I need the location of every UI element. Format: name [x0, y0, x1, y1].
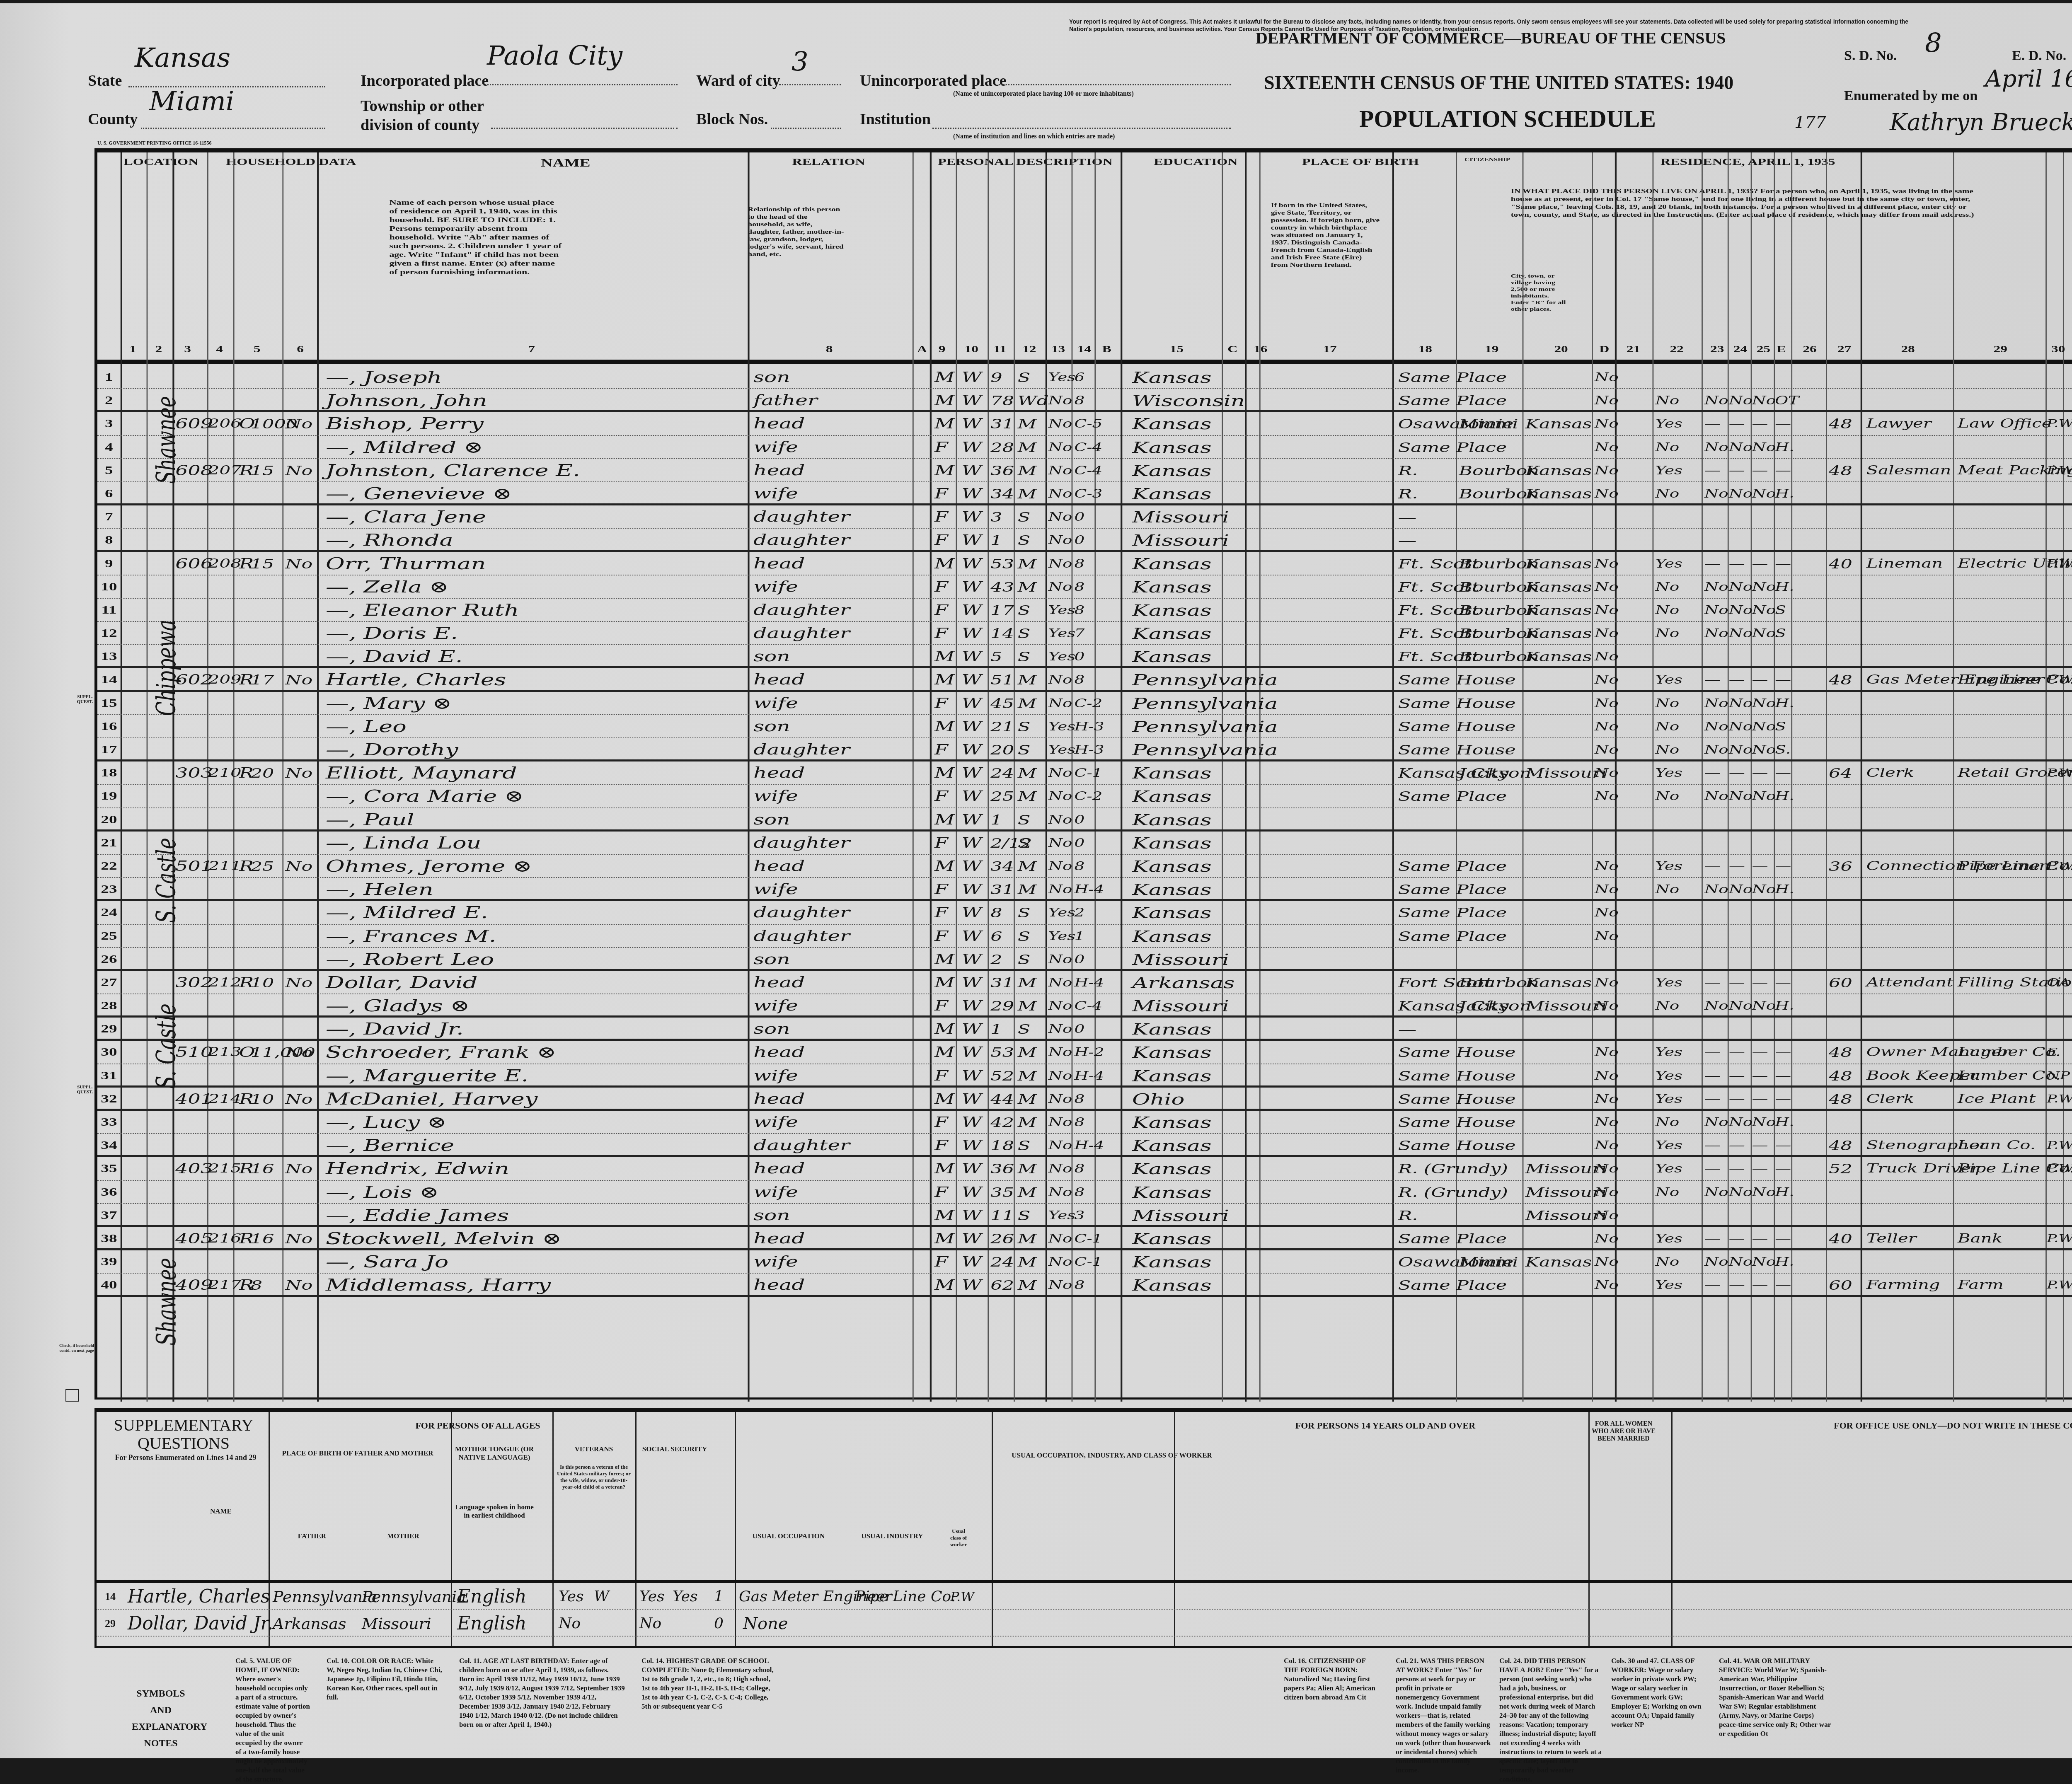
county-underline	[141, 128, 325, 129]
school-attendance: No	[1048, 1274, 1072, 1295]
had-job: No	[1752, 575, 1776, 598]
age: 53	[990, 552, 1014, 575]
residence-city: —	[1398, 1018, 1417, 1039]
marital-status: Wd	[1018, 389, 1048, 410]
table-row: 36 —, Lois ⊗ wife F W 35 M No 8 Kansas R…	[97, 1181, 2072, 1204]
note-col5: Col. 5. VALUE OF HOME, IF OWNED: Where o…	[235, 1656, 310, 1762]
class-of-worker: P.W	[2047, 459, 2072, 481]
col-num: 10	[964, 344, 978, 355]
printing-office: U. S. GOVERNMENT PRINTING OFFICE 16-1155…	[97, 140, 211, 146]
seeking-work: —	[1729, 1134, 1745, 1155]
race: W	[962, 1274, 982, 1295]
age: 1	[990, 808, 1002, 829]
age: 44	[990, 1088, 1014, 1109]
table-row: 15 —, Mary ⊗ wife F W 45 M No C-2 Pennsy…	[97, 692, 2072, 715]
age: 18	[990, 1134, 1014, 1155]
line-number: 1	[97, 366, 121, 388]
age: 45	[990, 692, 1014, 714]
sex: M	[934, 389, 955, 410]
note-col24: Col. 24. DID THIS PERSON HAVE A JOB? Ent…	[1499, 1656, 1603, 1762]
school-attendance: Yes	[1048, 715, 1076, 737]
marital-status: M	[1018, 971, 1037, 994]
relation-instructions: Relationship of this person to the head …	[748, 206, 846, 259]
note-col41: Col. 41. WAR OR MILITARY SERVICE: World …	[1719, 1656, 1831, 1738]
residence-city: Same House	[1398, 1111, 1516, 1133]
age: 42	[990, 1111, 1014, 1133]
relation: son	[753, 948, 790, 969]
seeking-work: No	[1729, 692, 1753, 714]
line-number: 31	[97, 1064, 121, 1085]
block-label: Block Nos.	[696, 110, 768, 128]
age: 2	[990, 948, 1002, 969]
at-work: Yes	[1656, 412, 1683, 435]
residence-farm: No	[1595, 622, 1619, 644]
residence-state: Kansas	[1525, 412, 1592, 435]
public-emergency-work: No	[1704, 599, 1728, 621]
relation: head	[753, 1227, 805, 1248]
supp-group-women: FOR ALL WOMEN WHO ARE OR HAVE BEEN MARRI…	[1590, 1420, 1657, 1443]
household-number: 215	[208, 1157, 242, 1180]
marital-status: M	[1018, 482, 1037, 503]
age: 31	[990, 878, 1014, 899]
marital-status: M	[1018, 1250, 1037, 1273]
on-farm: No	[285, 1274, 312, 1295]
person-name: —, Joseph	[326, 366, 442, 388]
relation: wife	[753, 1250, 798, 1273]
race: W	[962, 459, 982, 481]
at-work: Yes	[1656, 552, 1683, 575]
table-row: 30 510 213 O 11,000 No Schroeder, Frank …	[97, 1041, 2072, 1064]
race: W	[962, 692, 982, 714]
line-number: 20	[97, 808, 121, 829]
residence-city: Same House	[1398, 1088, 1516, 1109]
school-attendance: Yes	[1048, 925, 1076, 947]
highest-grade: 6	[1075, 366, 1085, 388]
race: W	[962, 482, 982, 503]
line-number: 2	[97, 389, 121, 410]
had-job: No	[1752, 1111, 1776, 1133]
age: 20	[990, 738, 1014, 759]
supp-subtitle: For Persons Enumerated on Lines 14 and 2…	[105, 1453, 266, 1462]
birthplace: Kansas	[1132, 599, 1211, 621]
residence-farm: No	[1595, 994, 1619, 1015]
person-name: Bishop, Perry	[326, 412, 484, 435]
hours-worked: 48	[1829, 1088, 1852, 1109]
highest-grade: 8	[1075, 1157, 1085, 1180]
household-number: 209	[208, 668, 242, 689]
highest-grade: 8	[1075, 599, 1085, 621]
hours-worked: 48	[1829, 459, 1852, 481]
had-job: —	[1752, 1134, 1768, 1155]
relation: wife	[753, 994, 798, 1015]
supp-war: W	[594, 1584, 609, 1610]
school-attendance: No	[1048, 668, 1072, 689]
ed-label: E. D. No.	[2012, 48, 2066, 64]
col-num: C	[1227, 344, 1237, 355]
note-col10: Col. 10. COLOR OR RACE: White W, Negro N…	[327, 1656, 443, 1702]
enumerator-number: 177	[1794, 113, 1826, 132]
col-num: 29	[1994, 344, 2007, 355]
line-number: 26	[97, 948, 121, 969]
on-farm: No	[285, 1041, 312, 1063]
supp-mother-tongue: English	[457, 1584, 527, 1610]
residence-farm: No	[1595, 1088, 1619, 1109]
sex: M	[934, 1227, 955, 1248]
supp-usual-industry: Pipe Line Co.	[855, 1584, 956, 1610]
col-num: 16	[1254, 344, 1267, 355]
highest-grade: H-4	[1075, 1134, 1104, 1155]
marital-status: M	[1018, 1274, 1037, 1295]
supp-father-birthplace: Arkansas	[273, 1611, 346, 1637]
person-name: —, Helen	[326, 878, 433, 899]
col-num: 19	[1485, 344, 1498, 355]
supp-row: 29 Dollar, David Jr. Arkansas Missouri E…	[97, 1611, 2072, 1637]
highest-grade: H-4	[1075, 971, 1104, 994]
birthplace: Kansas	[1132, 785, 1211, 807]
class-of-worker: OA	[2047, 971, 2070, 994]
activity-code: S.	[1775, 738, 1791, 759]
col-num: 20	[1554, 344, 1568, 355]
note-col11: Col. 11. AGE AT LAST BIRTHDAY: Enter age…	[459, 1656, 625, 1729]
birthplace: Missouri	[1132, 529, 1229, 550]
had-job: —	[1752, 412, 1768, 435]
hours-worked: 48	[1829, 1064, 1852, 1085]
marital-status: S	[1018, 715, 1031, 737]
at-work: No	[1656, 1181, 1680, 1203]
line-number: 24	[97, 901, 121, 923]
age: 36	[990, 459, 1014, 481]
public-emergency-work: No	[1704, 436, 1728, 458]
col-num: 12	[1022, 344, 1036, 355]
sex: F	[934, 1181, 948, 1203]
sex: M	[934, 948, 955, 969]
col-num: 4	[216, 344, 223, 355]
public-emergency-work: —	[1704, 1064, 1721, 1085]
marital-status: S	[1018, 622, 1031, 644]
public-emergency-work: No	[1704, 738, 1728, 759]
class-of-worker: NP	[2047, 1064, 2070, 1085]
race: W	[962, 761, 982, 784]
public-emergency-work: No	[1704, 622, 1728, 644]
race: W	[962, 552, 982, 575]
race: W	[962, 1181, 982, 1203]
unincorporated-underline	[999, 84, 1231, 85]
note-col16: Col. 16. CITIZENSHIP OF THE FOREIGN BORN…	[1284, 1656, 1379, 1702]
census-title: SIXTEENTH CENSUS OF THE UNITED STATES: 1…	[1264, 72, 1733, 94]
marital-status: M	[1018, 761, 1037, 784]
school-attendance: No	[1048, 878, 1072, 899]
school-attendance: No	[1048, 1227, 1072, 1248]
race: W	[962, 1064, 982, 1085]
table-row: 19 —, Cora Marie ⊗ wife F W 25 M No C-2 …	[97, 785, 2072, 808]
sex: M	[934, 1157, 955, 1180]
line-number: 9	[97, 552, 121, 575]
symbols-title: SYMBOLS AND EXPLANATORY NOTES	[132, 1685, 190, 1752]
residence-city: R.	[1398, 459, 1418, 481]
col-num: 5	[254, 344, 261, 355]
activity-code: H.	[1775, 692, 1794, 714]
birthplace: Kansas	[1132, 1064, 1211, 1085]
supp-line-no: 29	[105, 1611, 116, 1637]
birthplace: Missouri	[1132, 1204, 1229, 1225]
residence-city: Same Place	[1398, 1227, 1507, 1248]
relation: son	[753, 715, 790, 737]
public-emergency-work: No	[1704, 1181, 1728, 1203]
supp-name: Hartle, Charles	[128, 1584, 270, 1610]
age: 14	[990, 622, 1014, 644]
at-work: Yes	[1656, 1088, 1683, 1109]
table-body: 1 —, Joseph son M W 9 S Yes 6 Kansas Sam…	[97, 366, 2072, 1297]
residence-city: Same Place	[1398, 785, 1507, 807]
occupation: Teller	[1866, 1227, 1917, 1248]
age: 25	[990, 785, 1014, 807]
person-name: Elliott, Maynard	[326, 761, 517, 784]
birthplace: Kansas	[1132, 366, 1211, 388]
person-name: Ohmes, Jerome ⊗	[326, 855, 532, 877]
continued-checkbox[interactable]	[65, 1389, 79, 1402]
public-emergency-work: —	[1704, 668, 1721, 689]
incorporated-place-label: Incorporated place	[361, 72, 489, 90]
sex: F	[934, 599, 948, 621]
sex: F	[934, 1250, 948, 1273]
line-number: 38	[97, 1227, 121, 1248]
sex: F	[934, 505, 948, 528]
activity-code: H.	[1775, 1111, 1794, 1133]
table-row: 12 —, Doris E. daughter F W 14 S Yes 7 K…	[97, 622, 2072, 645]
person-name: —, Frances M.	[326, 925, 496, 947]
person-name: Stockwell, Melvin ⊗	[326, 1227, 562, 1248]
highest-grade: 8	[1075, 1111, 1085, 1133]
line-number: 36	[97, 1181, 121, 1203]
header-rule	[97, 360, 2072, 364]
public-emergency-work: —	[1704, 1157, 1721, 1180]
race: W	[962, 412, 982, 435]
census-sheet: 16-222 A Your report is required by Act …	[0, 3, 2072, 1758]
hours-worked: 48	[1829, 412, 1852, 435]
school-attendance: No	[1048, 389, 1072, 410]
had-job: No	[1752, 482, 1776, 503]
seeking-work: —	[1729, 855, 1745, 877]
table-row: 13 —, David E. son M W 5 S Yes 0 Kansas …	[97, 645, 2072, 668]
class-of-worker: P.W	[2047, 412, 2072, 435]
sex: M	[934, 971, 955, 994]
highest-grade: 8	[1075, 1181, 1085, 1203]
line-number: 33	[97, 1111, 121, 1133]
marital-status: S	[1018, 645, 1031, 666]
residence-state: Kansas	[1525, 459, 1592, 481]
home-value: 15	[251, 459, 274, 481]
table-row: 37 —, Eddie James son M W 11 S Yes 3 Mis…	[97, 1204, 2072, 1227]
residence-farm: No	[1595, 389, 1619, 410]
col-num: A	[917, 344, 927, 355]
sex: F	[934, 994, 948, 1015]
residence-farm: No	[1595, 715, 1619, 737]
supp-veterans-head: VETERANS	[557, 1445, 631, 1453]
group-personal: PERSONAL DESCRIPTION	[924, 157, 1126, 168]
on-farm: No	[285, 1088, 312, 1109]
supp-col-name: NAME	[179, 1507, 262, 1516]
residence-city: R.	[1398, 482, 1418, 503]
sd-value: 8	[1925, 28, 1942, 59]
col-num: 13	[1051, 344, 1065, 355]
table-row: 27 302 212 R 10 No Dollar, David head M …	[97, 971, 2072, 994]
school-attendance: No	[1048, 692, 1072, 714]
supp-ss-number: Yes	[639, 1584, 664, 1610]
had-job: —	[1752, 1064, 1768, 1085]
age: 24	[990, 1250, 1014, 1273]
had-job: —	[1752, 459, 1768, 481]
public-emergency-work: No	[1704, 575, 1728, 598]
sex: F	[934, 832, 948, 854]
industry: Lumber Co.	[1958, 1041, 2061, 1063]
schedule-title: POPULATION SCHEDULE	[1359, 105, 1656, 133]
relation: daughter	[753, 832, 850, 854]
table-row: 5 608 207 R 15 No Johnston, Clarence E. …	[97, 459, 2072, 482]
highest-grade: 8	[1075, 575, 1085, 598]
home-value: 16	[251, 1157, 274, 1180]
at-work: No	[1656, 738, 1680, 759]
residence-county: Jackson	[1459, 994, 1531, 1015]
marital-status: M	[1018, 575, 1037, 598]
race: W	[962, 1134, 982, 1155]
supp-group-14-over: FOR PERSONS 14 YEARS OLD AND OVER	[1195, 1420, 1576, 1431]
person-name: Johnston, Clarence E.	[326, 459, 580, 481]
sex: M	[934, 459, 955, 481]
age: 9	[990, 366, 1002, 388]
seeking-work: No	[1729, 389, 1753, 410]
age: 62	[990, 1274, 1014, 1295]
house-number: 303	[175, 761, 213, 784]
line-number: 6	[97, 482, 121, 503]
birthplace: Kansas	[1132, 412, 1211, 435]
col-num: 23	[1710, 344, 1724, 355]
highest-grade: 2	[1075, 901, 1085, 923]
table-row: 18 303 210 R 20 No Elliott, Maynard head…	[97, 761, 2072, 785]
household-number: 213	[208, 1041, 242, 1063]
table-row: 39 —, Sara Jo wife F W 24 M No C-1 Kansa…	[97, 1250, 2072, 1274]
school-attendance: No	[1048, 761, 1072, 784]
public-emergency-work: No	[1704, 482, 1728, 503]
highest-grade: 8	[1075, 668, 1085, 689]
person-name: —, Mildred ⊗	[326, 436, 483, 458]
at-work: Yes	[1656, 1064, 1683, 1085]
col-num: 21	[1627, 344, 1640, 355]
residence-farm: No	[1595, 482, 1619, 503]
line-number: 25	[97, 925, 121, 947]
school-attendance: No	[1048, 412, 1072, 435]
household-number: 211	[208, 855, 242, 877]
block-underline	[771, 128, 841, 129]
residence-farm: No	[1595, 1134, 1619, 1155]
public-emergency-work: No	[1704, 692, 1728, 714]
school-attendance: Yes	[1048, 901, 1076, 923]
street-label: S. Castle	[150, 815, 182, 923]
household-number: 206	[208, 412, 242, 435]
residence-city: Same House	[1398, 1134, 1516, 1155]
school-attendance: Yes	[1048, 599, 1076, 621]
relation: daughter	[753, 901, 850, 923]
person-name: McDaniel, Harvey	[326, 1088, 537, 1109]
seeking-work: —	[1729, 1227, 1745, 1248]
residence-city: Same Place	[1398, 436, 1507, 458]
supp-usual-class: P.W	[950, 1584, 974, 1610]
relation: wife	[753, 1064, 798, 1085]
school-attendance: No	[1048, 855, 1072, 877]
hours-worked: 48	[1829, 1134, 1852, 1155]
highest-grade: H-3	[1075, 738, 1104, 759]
school-attendance: No	[1048, 529, 1072, 550]
residence-city: Same House	[1398, 692, 1516, 714]
had-job: No	[1752, 738, 1776, 759]
had-job: —	[1752, 1157, 1768, 1180]
line-number: 23	[97, 878, 121, 899]
marital-status: S	[1018, 366, 1031, 388]
person-name: —, Rhonda	[326, 529, 453, 550]
person-name: —, Paul	[326, 808, 414, 829]
residence-county: Miami	[1459, 412, 1518, 435]
seeking-work: —	[1729, 412, 1745, 435]
race: W	[962, 575, 982, 598]
industry: Loan Co.	[1958, 1134, 2036, 1155]
sex: M	[934, 715, 955, 737]
relation: head	[753, 412, 805, 435]
table-row: 26 —, Robert Leo son M W 2 S No 0 Missou…	[97, 948, 2072, 971]
school-attendance: No	[1048, 436, 1072, 458]
residence-farm: No	[1595, 785, 1619, 807]
on-farm: No	[285, 412, 312, 435]
supp-usual-occupation: None	[743, 1611, 788, 1637]
seeking-work: No	[1729, 482, 1753, 503]
person-name: —, Zella ⊗	[326, 575, 449, 598]
school-attendance: No	[1048, 459, 1072, 481]
seeking-work: —	[1729, 971, 1745, 994]
residence-farm: No	[1595, 412, 1619, 435]
relation: daughter	[753, 599, 850, 621]
relation: wife	[753, 1181, 798, 1203]
seeking-work: —	[1729, 668, 1745, 689]
marital-status: M	[1018, 1157, 1037, 1180]
had-job: No	[1752, 436, 1776, 458]
line-number: 37	[97, 1204, 121, 1225]
household-number: 217	[208, 1274, 242, 1295]
hours-worked: 60	[1829, 1274, 1852, 1295]
enumerated-label: Enumerated by me on	[1844, 88, 1978, 104]
race: W	[962, 808, 982, 829]
had-job: —	[1752, 971, 1768, 994]
industry: Lumber Co.	[1958, 1064, 2061, 1085]
race: W	[962, 599, 982, 621]
household-number: 216	[208, 1227, 242, 1248]
highest-grade: 8	[1075, 1274, 1085, 1295]
at-work: Yes	[1656, 459, 1683, 481]
highest-grade: H-3	[1075, 715, 1104, 737]
person-name: —, Genevieve ⊗	[326, 482, 512, 503]
marital-status: M	[1018, 994, 1037, 1015]
highest-grade: C-2	[1075, 785, 1103, 807]
group-residence: RESIDENCE, APRIL 1, 1935	[1508, 157, 1988, 168]
sex: F	[934, 1111, 948, 1133]
sex: F	[934, 622, 948, 644]
marital-status: M	[1018, 878, 1037, 899]
residence-farm: No	[1595, 1041, 1619, 1063]
table-row: 9 606 208 R 15 No Orr, Thurman head M W …	[97, 552, 2072, 575]
street-label: Shawnee	[150, 1213, 182, 1346]
class-of-worker: P.W	[2047, 552, 2072, 575]
marital-status: M	[1018, 1227, 1037, 1248]
seeking-work: —	[1729, 761, 1745, 784]
house-number: 403	[175, 1157, 213, 1180]
sex: F	[934, 1134, 948, 1155]
